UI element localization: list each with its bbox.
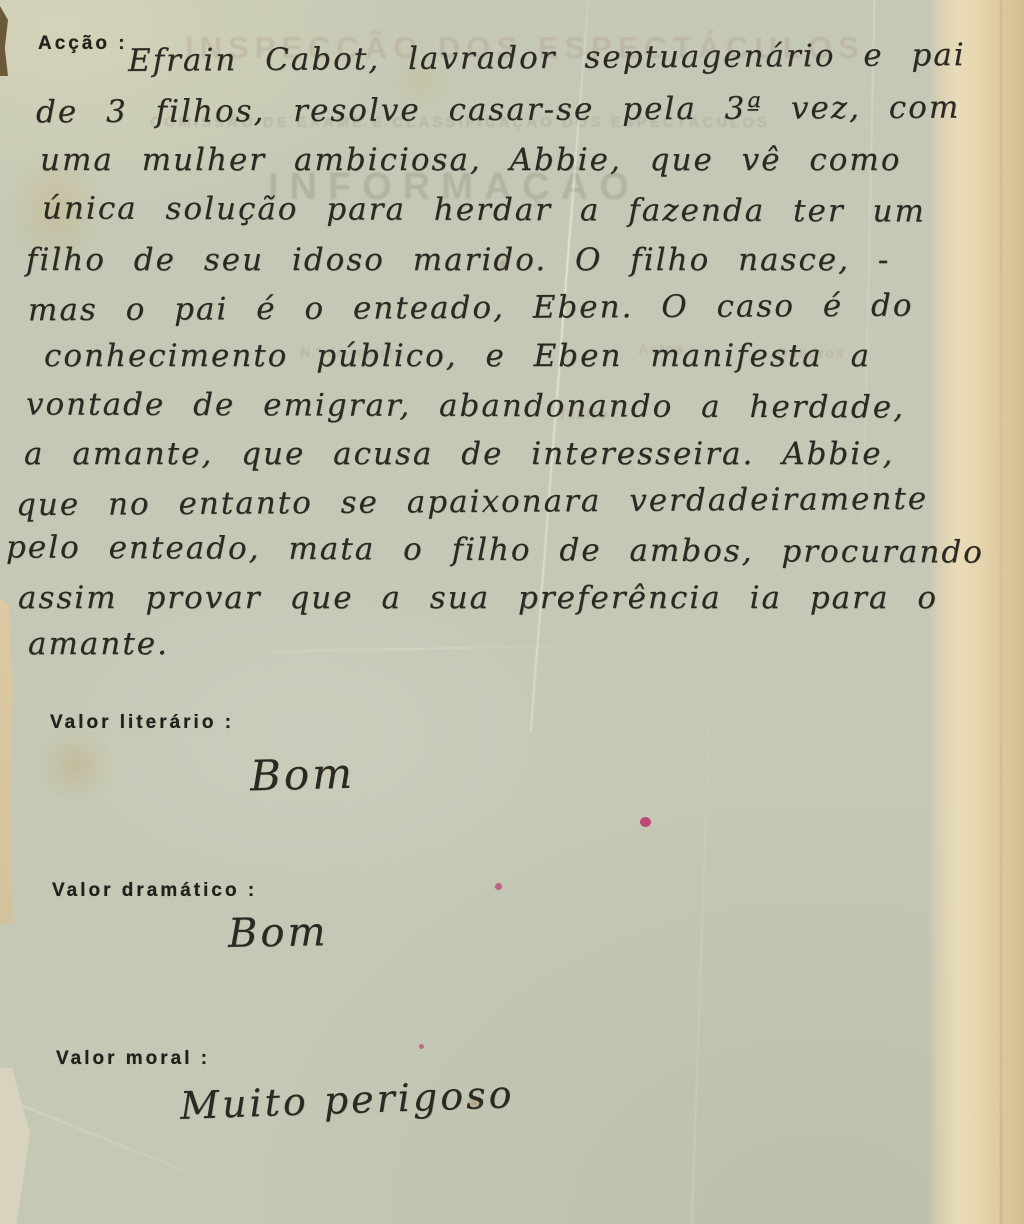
pink-mark	[495, 883, 502, 890]
crease-line	[240, 645, 570, 653]
adjacent-page-edge	[928, 0, 1024, 1224]
action-label: Acção :	[38, 33, 128, 55]
action-line: que no entanto se apaixonara verdadeiram…	[16, 481, 928, 523]
torn-paper-edge	[0, 1068, 30, 1224]
torn-paper-edge	[0, 598, 13, 924]
action-line: Efrain Cabot, lavrador septuagenário e p…	[128, 37, 966, 79]
scanned-censorship-form-page: INSPECÇÃO DOS ESPECTÁCULOS COMISSÃO DE E…	[0, 0, 1024, 1224]
action-line: vontade de emigrar, abandonando a herdad…	[26, 386, 905, 425]
adjacent-page-edge-line	[1000, 0, 1002, 1224]
action-line: amante.	[28, 626, 169, 662]
literary-value-label: Valor literário :	[50, 712, 234, 734]
dramatic-value-handwritten: Bom	[228, 909, 329, 957]
action-line: de 3 filhos, resolve casar-se pela 3ª ve…	[36, 90, 960, 131]
pink-mark	[640, 817, 651, 827]
literary-value-handwritten: Bom	[249, 749, 355, 801]
dramatic-value-label: Valor dramático :	[52, 880, 257, 902]
action-line: assim provar que a sua preferência ia pa…	[18, 580, 938, 616]
moral-value-handwritten: Muito perigoso	[179, 1072, 515, 1128]
action-line: conhecimento público, e Eben manifesta a	[44, 338, 871, 374]
torn-paper-edge	[0, 6, 8, 76]
stain-mark	[35, 725, 115, 805]
moral-value-label: Valor moral :	[56, 1048, 210, 1070]
action-line: mas o pai é o enteado, Eben. O caso é do	[28, 288, 914, 329]
action-line: a amante, que acusa de interesseira. Abb…	[24, 436, 894, 472]
action-line: pelo enteado, mata o filho de ambos, pro…	[6, 529, 984, 570]
action-line: única solução para herdar a fazenda ter …	[42, 190, 926, 229]
crease-line	[691, 690, 712, 1224]
action-line: filho de seu idoso marido. O filho nasce…	[26, 242, 890, 278]
action-line: uma mulher ambiciosa, Abbie, que vê como	[40, 142, 901, 178]
pink-mark	[419, 1044, 424, 1049]
